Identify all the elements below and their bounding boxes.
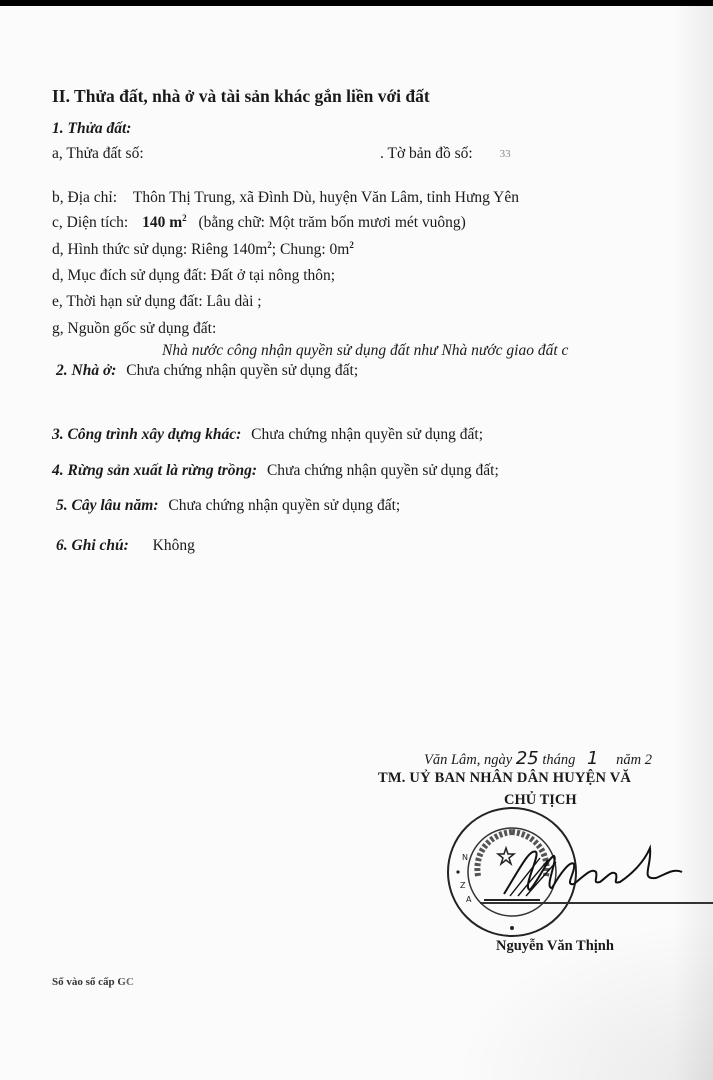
purpose-label: d, Mục đích sử dụng đất: <box>52 267 207 284</box>
map-sheet-label: . Tờ bản đồ số: <box>380 145 473 162</box>
usage-form-label: d, Hình thức sử dụng: <box>52 241 187 258</box>
signature-line <box>480 902 713 904</box>
item-label: 5. Cây lâu năm: <box>56 497 158 514</box>
date-place: Văn Lâm, ngày <box>424 752 512 768</box>
item-label: 3. Công trình xây dựng khác: <box>52 426 241 443</box>
item-value: Chưa chứng nhận quyền sử dụng đất; <box>267 462 499 479</box>
parcel-number-label: a, Thửa đất số: <box>52 145 144 162</box>
item-construction: 3. Công trình xây dựng khác: Chưa chứng … <box>52 425 483 445</box>
page-shadow <box>673 0 713 1080</box>
parcel-heading: 1. Thửa đất: <box>52 119 131 139</box>
date-month: 1 <box>587 748 598 769</box>
term-value: Lâu dài ; <box>207 293 262 310</box>
usage-private: Riêng 140m <box>191 241 267 258</box>
area-words: (bằng chữ: Một trăm bốn mươi mét vuông) <box>198 214 465 231</box>
address-label: b, Địa chỉ: <box>52 189 117 206</box>
map-sheet-row: . Tờ bản đồ số: 33 <box>380 144 511 164</box>
sup-2b: 2 <box>349 240 354 250</box>
svg-text:A: A <box>466 895 472 904</box>
signer-name: Nguyễn Văn Thịnh <box>496 938 614 955</box>
issuing-authority: TM. UỶ BAN NHÂN DÂN HUYỆN VĂ <box>378 770 631 787</box>
usage-shared: ; Chung: 0m <box>272 241 350 258</box>
usage-form-row: d, Hình thức sử dụng: Riêng 140m2; Chung… <box>52 240 354 260</box>
area-unit-sup: 2 <box>182 213 187 223</box>
purpose-value: Đất ở tại nông thôn; <box>211 267 335 284</box>
signature-scribble <box>500 838 700 898</box>
item-perennial: 5. Cây lâu năm: Chưa chứng nhận quyền sử… <box>56 496 400 516</box>
item-house: 2. Nhà ở: Chưa chứng nhận quyền sử dụng … <box>56 361 358 381</box>
section-heading: II. Thửa đất, nhà ở và tài sản khác gắn … <box>52 86 430 106</box>
origin-label: g, Nguồn gốc sử dụng đất: <box>52 319 216 339</box>
item-note: 6. Ghi chú: Không <box>56 536 195 556</box>
date-month-label: tháng <box>542 752 575 768</box>
area-label: c, Diện tích: <box>52 214 128 231</box>
redaction-fade <box>120 972 460 990</box>
date-day: 25 <box>516 748 539 769</box>
signature-date: Văn Lâm, ngày 25 tháng 1 năm 2 <box>424 748 652 769</box>
parcel-number-row: a, Thửa đất số: <box>52 144 364 164</box>
term-row: e, Thời hạn sử dụng đất: Lâu dài ; <box>52 292 262 312</box>
area-value: 140 m <box>142 214 182 231</box>
item-value: Không <box>153 537 195 554</box>
address-row: b, Địa chỉ: Thôn Thị Trung, xã Đình Dù, … <box>52 188 519 208</box>
item-forest: 4. Rừng sản xuất là rừng trồng: Chưa chứ… <box>52 461 499 481</box>
date-year-label: năm 2 <box>616 752 652 768</box>
address-value: Thôn Thị Trung, xã Đình Dù, huyện Văn Lâ… <box>133 189 519 206</box>
purpose-row: d, Mục đích sử dụng đất: Đất ở tại nông … <box>52 266 335 286</box>
item-value: Chưa chứng nhận quyền sử dụng đất; <box>168 497 400 514</box>
area-row: c, Diện tích: 140 m2 (bằng chữ: Một trăm… <box>52 213 466 233</box>
item-value: Chưa chứng nhận quyền sử dụng đất; <box>251 426 483 443</box>
scan-top-edge <box>0 0 713 6</box>
item-label: 6. Ghi chú: <box>56 537 129 554</box>
map-sheet-value: 33 <box>477 144 511 164</box>
item-label: 2. Nhà ở: <box>56 362 116 379</box>
svg-text:Z: Z <box>460 881 466 890</box>
origin-value: Nhà nước công nhận quyền sử dụng đất như… <box>162 341 568 361</box>
term-label: e, Thời hạn sử dụng đất: <box>52 293 203 310</box>
svg-text:N: N <box>462 853 468 862</box>
item-label: 4. Rừng sản xuất là rừng trồng: <box>52 462 257 479</box>
item-value: Chưa chứng nhận quyền sử dụng đất; <box>126 362 358 379</box>
